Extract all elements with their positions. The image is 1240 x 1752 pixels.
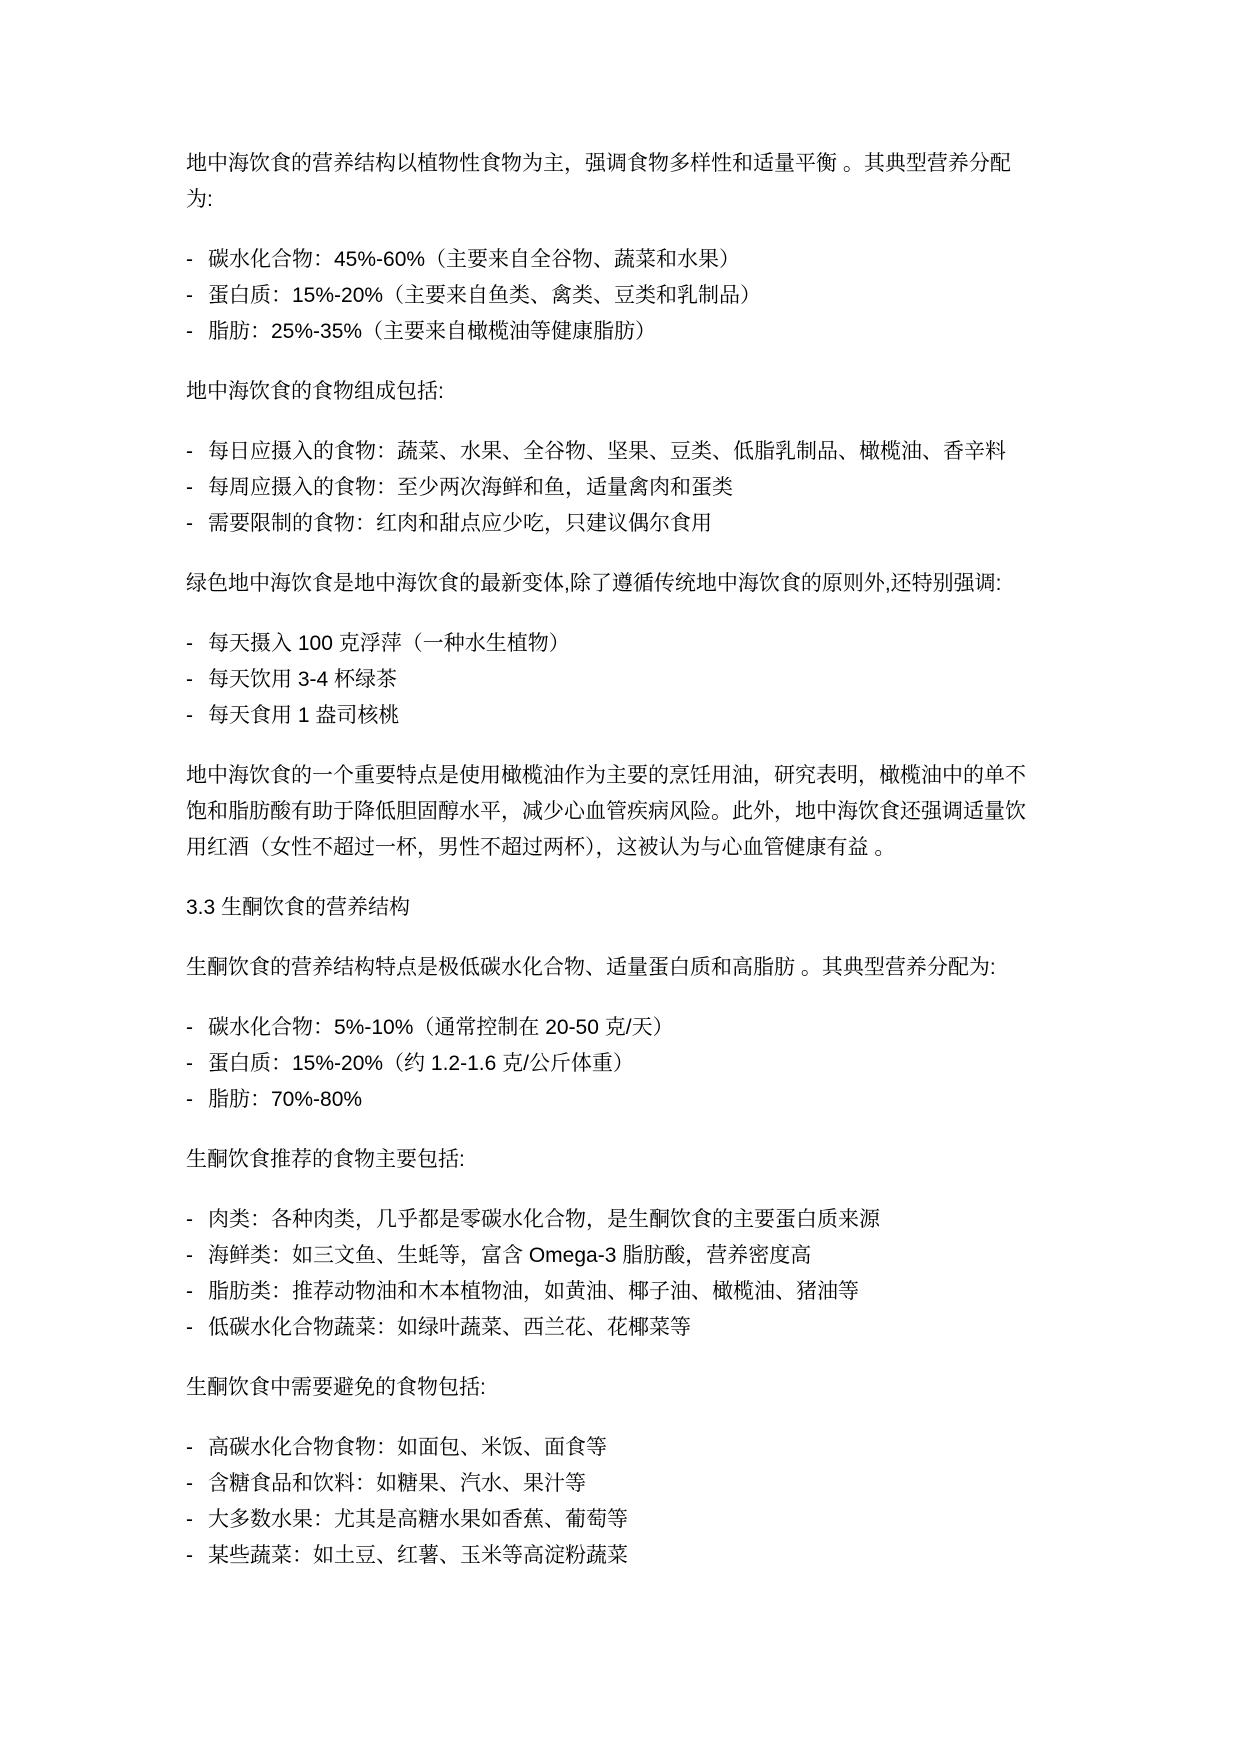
text-line: 生酮饮食中需要避免的食物包括: (186, 1370, 1070, 1406)
list-item-text: 大多数水果：尤其是高糖水果如香蕉、葡萄等 (208, 1502, 628, 1538)
bullet-dash: - (186, 1082, 208, 1118)
list-item: - 碳水化合物：45%-60%（主要来自全谷物、蔬菜和水果） (186, 242, 1070, 278)
section-heading-keto: 3.3 生酮饮食的营养结构 (186, 890, 1070, 926)
document-content: 地中海饮食的营养结构以植物性食物为主，强调食物多样性和适量平衡 。其典型营养分配… (186, 146, 1070, 1574)
list-item: - 脂肪：70%-80% (186, 1082, 1070, 1118)
bullet-dash: - (186, 1238, 208, 1274)
list-item: - 每天摄入 100 克浮萍（一种水生植物） (186, 626, 1070, 662)
list-item: - 每日应摄入的食物：蔬菜、水果、全谷物、坚果、豆类、低脂乳制品、橄榄油、香辛料 (186, 434, 1070, 470)
list-item-text: 高碳水化合物食物：如面包、米饭、面食等 (208, 1430, 607, 1466)
paragraph-med-food-intro: 地中海饮食的食物组成包括: (186, 374, 1070, 410)
bullet-dash: - (186, 1010, 208, 1046)
list-item: - 碳水化合物：5%-10%（通常控制在 20-50 克/天） (186, 1010, 1070, 1046)
list-item: - 低碳水化合物蔬菜：如绿叶蔬菜、西兰花、花椰菜等 (186, 1310, 1070, 1346)
keto-food-list: - 肉类：各种肉类，几乎都是零碳水化合物，是生酮饮食的主要蛋白质来源 - 海鲜类… (186, 1202, 1070, 1346)
bullet-dash: - (186, 434, 208, 470)
bullet-dash: - (186, 242, 208, 278)
bullet-dash: - (186, 662, 208, 698)
list-item-text: 每日应摄入的食物：蔬菜、水果、全谷物、坚果、豆类、低脂乳制品、橄榄油、香辛料 (208, 434, 1006, 470)
bullet-dash: - (186, 1202, 208, 1238)
list-item-text: 海鲜类：如三文鱼、生蚝等，富含 Omega-3 脂肪酸，营养密度高 (208, 1238, 811, 1274)
bullet-dash: - (186, 1046, 208, 1082)
bullet-dash: - (186, 314, 208, 350)
list-item-text: 蛋白质：15%-20%（约 1.2-1.6 克/公斤体重） (208, 1046, 634, 1082)
bullet-dash: - (186, 1310, 208, 1346)
bullet-dash: - (186, 1430, 208, 1466)
list-item-text: 碳水化合物：5%-10%（通常控制在 20-50 克/天） (208, 1010, 674, 1046)
bullet-dash: - (186, 1538, 208, 1574)
bullet-dash: - (186, 626, 208, 662)
list-item-text: 碳水化合物：45%-60%（主要来自全谷物、蔬菜和水果） (208, 242, 740, 278)
list-item-text: 每天食用 1 盎司核桃 (208, 698, 399, 734)
list-item-text: 蛋白质：15%-20%（主要来自鱼类、禽类、豆类和乳制品） (208, 278, 761, 314)
bullet-dash: - (186, 1466, 208, 1502)
text-line: 地中海饮食的一个重要特点是使用橄榄油作为主要的烹饪用油，研究表明，橄榄油中的单不 (186, 758, 1070, 794)
list-item: - 某些蔬菜：如土豆、红薯、玉米等高淀粉蔬菜 (186, 1538, 1070, 1574)
list-item-text: 脂肪类：推荐动物油和木本植物油，如黄油、椰子油、橄榄油、猪油等 (208, 1274, 859, 1310)
text-line: 用红酒（女性不超过一杯，男性不超过两杯），这被认为与心血管健康有益 。 (186, 830, 1070, 866)
list-item: - 每天饮用 3-4 杯绿茶 (186, 662, 1070, 698)
list-item-text: 脂肪：70%-80% (208, 1082, 362, 1118)
list-item-text: 每周应摄入的食物：至少两次海鲜和鱼，适量禽肉和蛋类 (208, 470, 733, 506)
list-item: - 蛋白质：15%-20%（约 1.2-1.6 克/公斤体重） (186, 1046, 1070, 1082)
paragraph-keto-avoid-intro: 生酮饮食中需要避免的食物包括: (186, 1370, 1070, 1406)
list-item: - 高碳水化合物食物：如面包、米饭、面食等 (186, 1430, 1070, 1466)
list-item-text: 脂肪：25%-35%（主要来自橄榄油等健康脂肪） (208, 314, 656, 350)
bullet-dash: - (186, 698, 208, 734)
list-item: - 每周应摄入的食物：至少两次海鲜和鱼，适量禽肉和蛋类 (186, 470, 1070, 506)
list-item: - 脂肪：25%-35%（主要来自橄榄油等健康脂肪） (186, 314, 1070, 350)
paragraph-green-med-intro: 绿色地中海饮食是地中海饮食的最新变体,除了遵循传统地中海饮食的原则外,还特别强调… (186, 566, 1070, 602)
text-line: 地中海饮食的食物组成包括: (186, 374, 1070, 410)
list-item-text: 低碳水化合物蔬菜：如绿叶蔬菜、西兰花、花椰菜等 (208, 1310, 691, 1346)
bullet-dash: - (186, 278, 208, 314)
document-page: 地中海饮食的营养结构以植物性食物为主，强调食物多样性和适量平衡 。其典型营养分配… (0, 0, 1240, 1752)
list-item: - 需要限制的食物：红肉和甜点应少吃，只建议偶尔食用 (186, 506, 1070, 542)
list-item: - 含糖食品和饮料：如糖果、汽水、果汁等 (186, 1466, 1070, 1502)
list-item: - 肉类：各种肉类，几乎都是零碳水化合物，是生酮饮食的主要蛋白质来源 (186, 1202, 1070, 1238)
text-line: 地中海饮食的营养结构以植物性食物为主，强调食物多样性和适量平衡 。其典型营养分配 (186, 146, 1070, 182)
list-item-text: 每天饮用 3-4 杯绿茶 (208, 662, 397, 698)
text-line: 生酮饮食推荐的食物主要包括: (186, 1142, 1070, 1178)
list-item-text: 需要限制的食物：红肉和甜点应少吃，只建议偶尔食用 (208, 506, 712, 542)
text-line: 饱和脂肪酸有助于降低胆固醇水平，减少心血管疾病风险。此外，地中海饮食还强调适量饮 (186, 794, 1070, 830)
green-med-list: - 每天摄入 100 克浮萍（一种水生植物） - 每天饮用 3-4 杯绿茶 - … (186, 626, 1070, 734)
list-item-text: 含糖食品和饮料：如糖果、汽水、果汁等 (208, 1466, 586, 1502)
bullet-dash: - (186, 1502, 208, 1538)
list-item: - 每天食用 1 盎司核桃 (186, 698, 1070, 734)
text-line: 生酮饮食的营养结构特点是极低碳水化合物、适量蛋白质和高脂肪 。其典型营养分配为: (186, 950, 1070, 986)
list-item: - 脂肪类：推荐动物油和木本植物油，如黄油、椰子油、橄榄油、猪油等 (186, 1274, 1070, 1310)
text-line: 为: (186, 182, 1070, 218)
list-item: - 海鲜类：如三文鱼、生蚝等，富含 Omega-3 脂肪酸，营养密度高 (186, 1238, 1070, 1274)
list-item-text: 每天摄入 100 克浮萍（一种水生植物） (208, 626, 570, 662)
paragraph-keto-food-intro: 生酮饮食推荐的食物主要包括: (186, 1142, 1070, 1178)
bullet-dash: - (186, 1274, 208, 1310)
paragraph-keto-intro: 生酮饮食的营养结构特点是极低碳水化合物、适量蛋白质和高脂肪 。其典型营养分配为: (186, 950, 1070, 986)
list-item-text: 肉类：各种肉类，几乎都是零碳水化合物，是生酮饮食的主要蛋白质来源 (208, 1202, 880, 1238)
bullet-dash: - (186, 470, 208, 506)
paragraph-olive-oil: 地中海饮食的一个重要特点是使用橄榄油作为主要的烹饪用油，研究表明，橄榄油中的单不… (186, 758, 1070, 866)
med-macros-list: - 碳水化合物：45%-60%（主要来自全谷物、蔬菜和水果） - 蛋白质：15%… (186, 242, 1070, 350)
bullet-dash: - (186, 506, 208, 542)
med-food-list: - 每日应摄入的食物：蔬菜、水果、全谷物、坚果、豆类、低脂乳制品、橄榄油、香辛料… (186, 434, 1070, 542)
list-item: - 蛋白质：15%-20%（主要来自鱼类、禽类、豆类和乳制品） (186, 278, 1070, 314)
section-heading-text: 3.3 生酮饮食的营养结构 (186, 890, 1070, 926)
list-item-text: 某些蔬菜：如土豆、红薯、玉米等高淀粉蔬菜 (208, 1538, 628, 1574)
keto-avoid-list: - 高碳水化合物食物：如面包、米饭、面食等 - 含糖食品和饮料：如糖果、汽水、果… (186, 1430, 1070, 1574)
paragraph-med-intro: 地中海饮食的营养结构以植物性食物为主，强调食物多样性和适量平衡 。其典型营养分配… (186, 146, 1070, 218)
keto-macros-list: - 碳水化合物：5%-10%（通常控制在 20-50 克/天） - 蛋白质：15… (186, 1010, 1070, 1118)
list-item: - 大多数水果：尤其是高糖水果如香蕉、葡萄等 (186, 1502, 1070, 1538)
text-line: 绿色地中海饮食是地中海饮食的最新变体,除了遵循传统地中海饮食的原则外,还特别强调… (186, 566, 1070, 602)
